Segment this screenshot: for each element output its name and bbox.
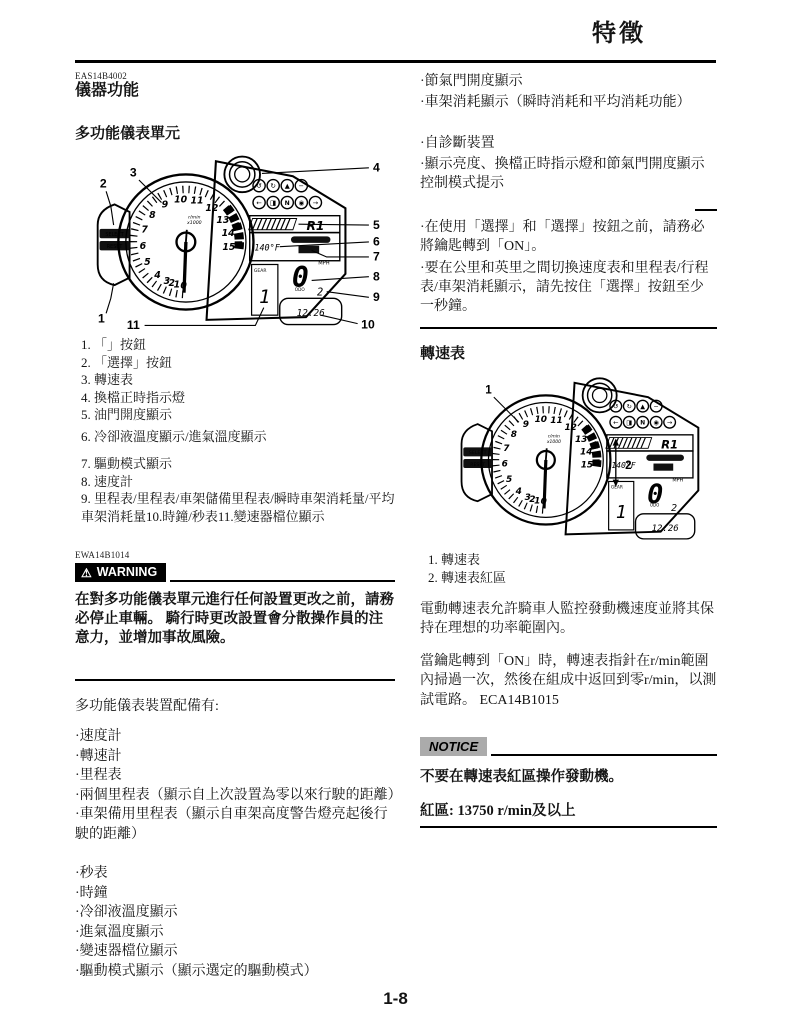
list-item: ·里程表	[75, 766, 395, 786]
tachometer-diagram: 1 2	[440, 372, 736, 547]
manual-page: { "page": { "header": "特徵", "page_number…	[0, 0, 791, 1031]
callout-label: 1	[485, 383, 492, 396]
legend-item: 2. 「選擇」按鈕	[81, 354, 395, 372]
tachometer-paragraph-1: 電動轉速表允許騎車人監控發動機速度並將其保持在理想的功率範圍內。	[420, 600, 717, 639]
equipment-intro: 多功能儀表裝置配備有:	[75, 695, 395, 715]
warning-text: 在對多功能儀表單元進行任何設置更改之前，請務必停止車輛。 騎行時更改設置會分散操…	[75, 591, 395, 648]
list-item: ·車架消耗顯示（瞬時消耗和平均消耗功能）	[420, 93, 717, 113]
list-item: ·速度計	[75, 727, 395, 747]
legend-item: 6. 冷卻液溫度顯示/進氣溫度顯示	[81, 428, 395, 446]
callout-label: 9	[373, 290, 380, 304]
page-title: 特徵	[592, 13, 646, 48]
header-rule	[75, 60, 716, 63]
legend-item: 7. 驅動模式顯示	[81, 455, 395, 473]
callout-label: 3	[130, 165, 137, 179]
notice-rule	[491, 754, 717, 756]
diagram1-legend: 1. 「」按鈕 2. 「選擇」按鈕 3. 轉速表 4. 換檔正時指示燈 5. 油…	[75, 336, 395, 525]
divider-rule	[420, 327, 717, 329]
warning-header: ⚠ WARNING	[75, 563, 395, 582]
list-item: ·要在公里和英里之間切換速度表和里程表/行程表/車架消耗顯示，請先按住「選擇」按…	[420, 259, 717, 316]
list-item: ·進氣溫度顯示	[75, 923, 395, 943]
list-item: ·節氣門開度顯示	[420, 72, 717, 92]
callout-label: 10	[361, 317, 375, 331]
callout-label: 7	[373, 250, 380, 264]
legend-item: 4. 換檔正時指示燈	[81, 389, 395, 407]
callout-label: 1	[98, 312, 105, 326]
notice-header: NOTICE	[420, 737, 717, 756]
list-item: ·在使用「選擇」和「選擇」按鈕之前，請務必將鑰匙轉到「ON」。	[420, 218, 717, 256]
legend-item: 1. 轉速表	[428, 551, 717, 569]
list-item: ·轉速計	[75, 747, 395, 767]
section-title: 儀器功能	[75, 81, 395, 101]
warning-badge: ⚠ WARNING	[75, 563, 166, 582]
legend-item: 2. 轉速表紅區	[428, 569, 717, 587]
section-code: EAS14B4002	[75, 71, 395, 81]
notes-list: ·在使用「選擇」和「選擇」按鈕之前，請務必將鑰匙轉到「ON」。 ·要在公里和英里…	[420, 218, 717, 316]
warning-code: EWA14B1014	[75, 550, 395, 560]
right-column: ·節氣門開度顯示 ·車架消耗顯示（瞬時消耗和平均消耗功能） ·自診斷裝置 ·顯示…	[420, 71, 717, 828]
warning-triangle-icon: ⚠	[81, 567, 92, 579]
warning-rule	[170, 580, 395, 582]
multifunction-meter-diagram: SELECT RESET 0 1 2 3 4 5 6 7	[75, 150, 385, 333]
callout-label: 11	[127, 318, 140, 332]
equipment-list: ·速度計 ·轉速計 ·里程表 ·兩個里程表（顯示自上次設置為零以來行駛的距離） …	[75, 727, 395, 981]
features-list-2: ·自診斷裝置 ·顯示亮度、換檔正時指示燈和節氣門開度顯示控制模式提示	[420, 134, 717, 194]
legend-item: 5. 油門開度顯示	[81, 406, 395, 424]
diagram2-legend: 1. 轉速表 2. 轉速表紅區	[428, 551, 717, 587]
callout-label: 8	[373, 269, 380, 283]
list-item: ·兩個里程表（顯示自上次設置為零以來行駛的距離）	[75, 786, 395, 806]
short-rule	[695, 209, 717, 211]
notice-badge: NOTICE	[420, 737, 487, 756]
list-item: ·變速器檔位顯示	[75, 942, 395, 962]
legend-item: 9. 里程表/里程表/車架儲備里程表/瞬時車架消耗量/平均車架消耗量10.時鐘/…	[81, 490, 395, 525]
legend-item: 3. 轉速表	[81, 371, 395, 389]
callout-label: 2	[100, 177, 107, 191]
list-item: ·自診斷裝置	[420, 134, 717, 154]
legend-item: 1. 「」按鈕	[81, 336, 395, 354]
tachometer-title: 轉速表	[420, 342, 717, 363]
callout-label: 6	[373, 235, 380, 249]
callout-label: 5	[373, 218, 380, 232]
warning-badge-label: WARNING	[97, 564, 157, 581]
legend-item: 8. 速度計	[81, 473, 395, 491]
callout-label: 4	[373, 161, 380, 175]
list-item: ·顯示亮度、換檔正時指示燈和節氣門開度顯示控制模式提示	[420, 155, 717, 194]
subsection-title: 多功能儀表單元	[75, 122, 395, 143]
list-item: ·冷卻液溫度顯示	[75, 903, 395, 923]
list-item: ·時鐘	[75, 884, 395, 904]
notice-text: 不要在轉速表紅區操作發動機。	[420, 765, 717, 786]
features-list: ·節氣門開度顯示 ·車架消耗顯示（瞬時消耗和平均消耗功能）	[420, 72, 717, 112]
left-column: EAS14B4002 儀器功能 多功能儀表單元 SELECT	[75, 71, 395, 981]
list-item: ·車架備用里程表（顯示自車架高度警告燈亮起後行駛的距離）	[75, 805, 395, 844]
callout-label: 2	[625, 458, 632, 471]
list-item: ·秒表	[75, 864, 395, 884]
tachometer-paragraph-2: 當鑰匙轉到「ON」時，轉速表指針在r/min範圍內掃過一次，然後在組成中返回到零…	[420, 652, 717, 711]
divider-rule	[75, 679, 395, 681]
list-item: ·驅動模式顯示（顯示選定的驅動模式）	[75, 962, 395, 982]
page-number: 1-8	[0, 989, 791, 1009]
redline-spec: 紅區: 13750 r/min及以上	[420, 799, 717, 828]
